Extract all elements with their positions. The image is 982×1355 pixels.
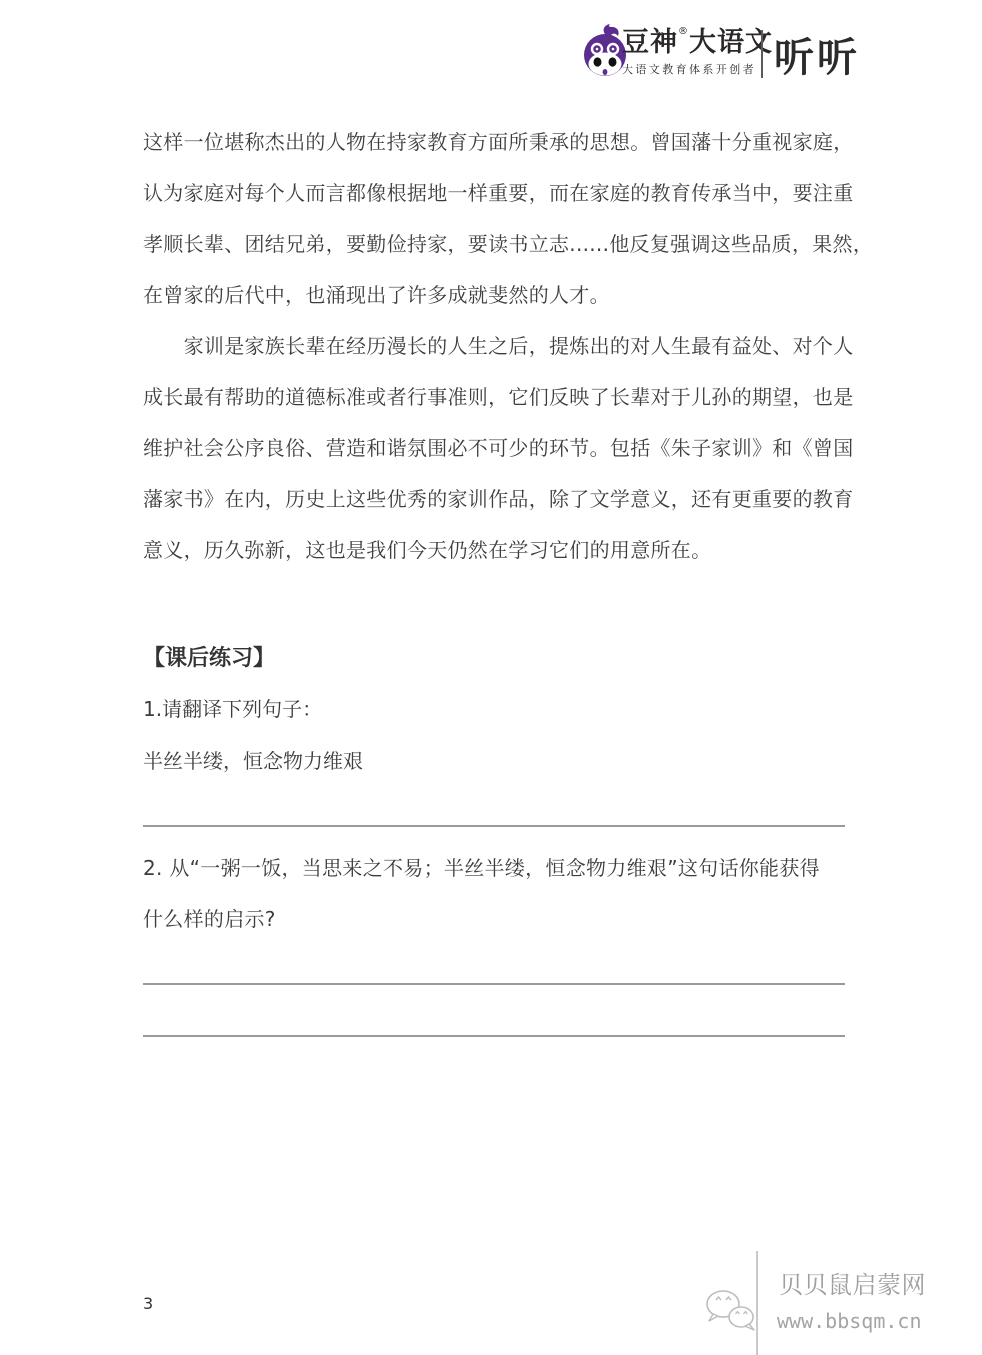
watermark-site-url: www.bbsqm.cn [777, 1309, 922, 1333]
watermark-divider [756, 1251, 758, 1355]
watermark-site-name: 贝贝鼠启蒙网 [779, 1265, 926, 1300]
wechat-icon [704, 1289, 756, 1331]
question-1-label: 1.请翻译下列句子： [143, 696, 322, 722]
question-2-line: 2. 从“一粥一饭，当思来之不易；半丝半缕，恒念物力维艰”这句话你能获得 [143, 843, 853, 894]
product-name: 听听 [774, 26, 860, 83]
brand-name-left: 豆神 [622, 27, 678, 58]
article-text: 这样一位堪称杰出的人物在持家教育方面所秉承的思想。曾国藩十分重视家庭， 认为家庭… [143, 117, 853, 576]
document-page: 豆神®大语文 大语文教育体系开创者 听听 这样一位堪称杰出的人物在持家教育方面所… [0, 0, 982, 1355]
article-line: 维护社会公序良俗、营造和谐氛围必不可少的环节。包括《朱子家训》和《曾国 [143, 423, 853, 474]
logo-divider [761, 30, 763, 78]
question-2-line: 什么样的启示? [143, 894, 853, 945]
article-line: 藩家书》在内，历史上这些优秀的家训作品，除了文学意义，还有更重要的教育 [143, 474, 853, 525]
question-2: 2. 从“一粥一饭，当思来之不易；半丝半缕，恒念物力维艰”这句话你能获得 什么样… [143, 843, 853, 945]
answer-blank-line-3 [143, 1035, 845, 1037]
exercise-section-title: 【课后练习】 [143, 645, 275, 674]
article-line: 在曾家的后代中，也涌现出了许多成就斐然的人才。 [143, 270, 853, 321]
article-line: 这样一位堪称杰出的人物在持家教育方面所秉承的思想。曾国藩十分重视家庭， [143, 117, 853, 168]
article-line: 孝顺长辈、团结兄弟，要勤俭持家，要读书立志......他反复强调这些品质，果然， [143, 219, 853, 270]
page-number: 3 [143, 1294, 153, 1313]
article-line: 家训是家族长辈在经历漫长的人生之后，提炼出的对人生最有益处、对个人 [143, 321, 853, 372]
watermark: 贝贝鼠启蒙网 www.bbsqm.cn [690, 1245, 982, 1355]
brand-name: 豆神®大语文 [622, 28, 760, 58]
article-line: 成长最有帮助的道德标准或者行事准则，它们反映了长辈对于儿孙的期望，也是 [143, 372, 853, 423]
article-line: 认为家庭对每个人而言都像根据地一样重要，而在家庭的教育传承当中，要注重 [143, 168, 853, 219]
answer-blank-line-2 [143, 983, 845, 985]
brand-header: 豆神®大语文 大语文教育体系开创者 听听 [0, 0, 982, 100]
answer-blank-line-1 [143, 825, 845, 827]
brand-text-block: 豆神®大语文 大语文教育体系开创者 [622, 28, 760, 77]
registered-mark: ® [678, 26, 689, 37]
question-1-sentence: 半丝半缕，恒念物力维艰 [143, 748, 363, 774]
article-line: 意义，历久弥新，这也是我们今天仍然在学习它们的用意所在。 [143, 525, 853, 576]
brand-subtitle: 大语文教育体系开创者 [622, 61, 760, 77]
